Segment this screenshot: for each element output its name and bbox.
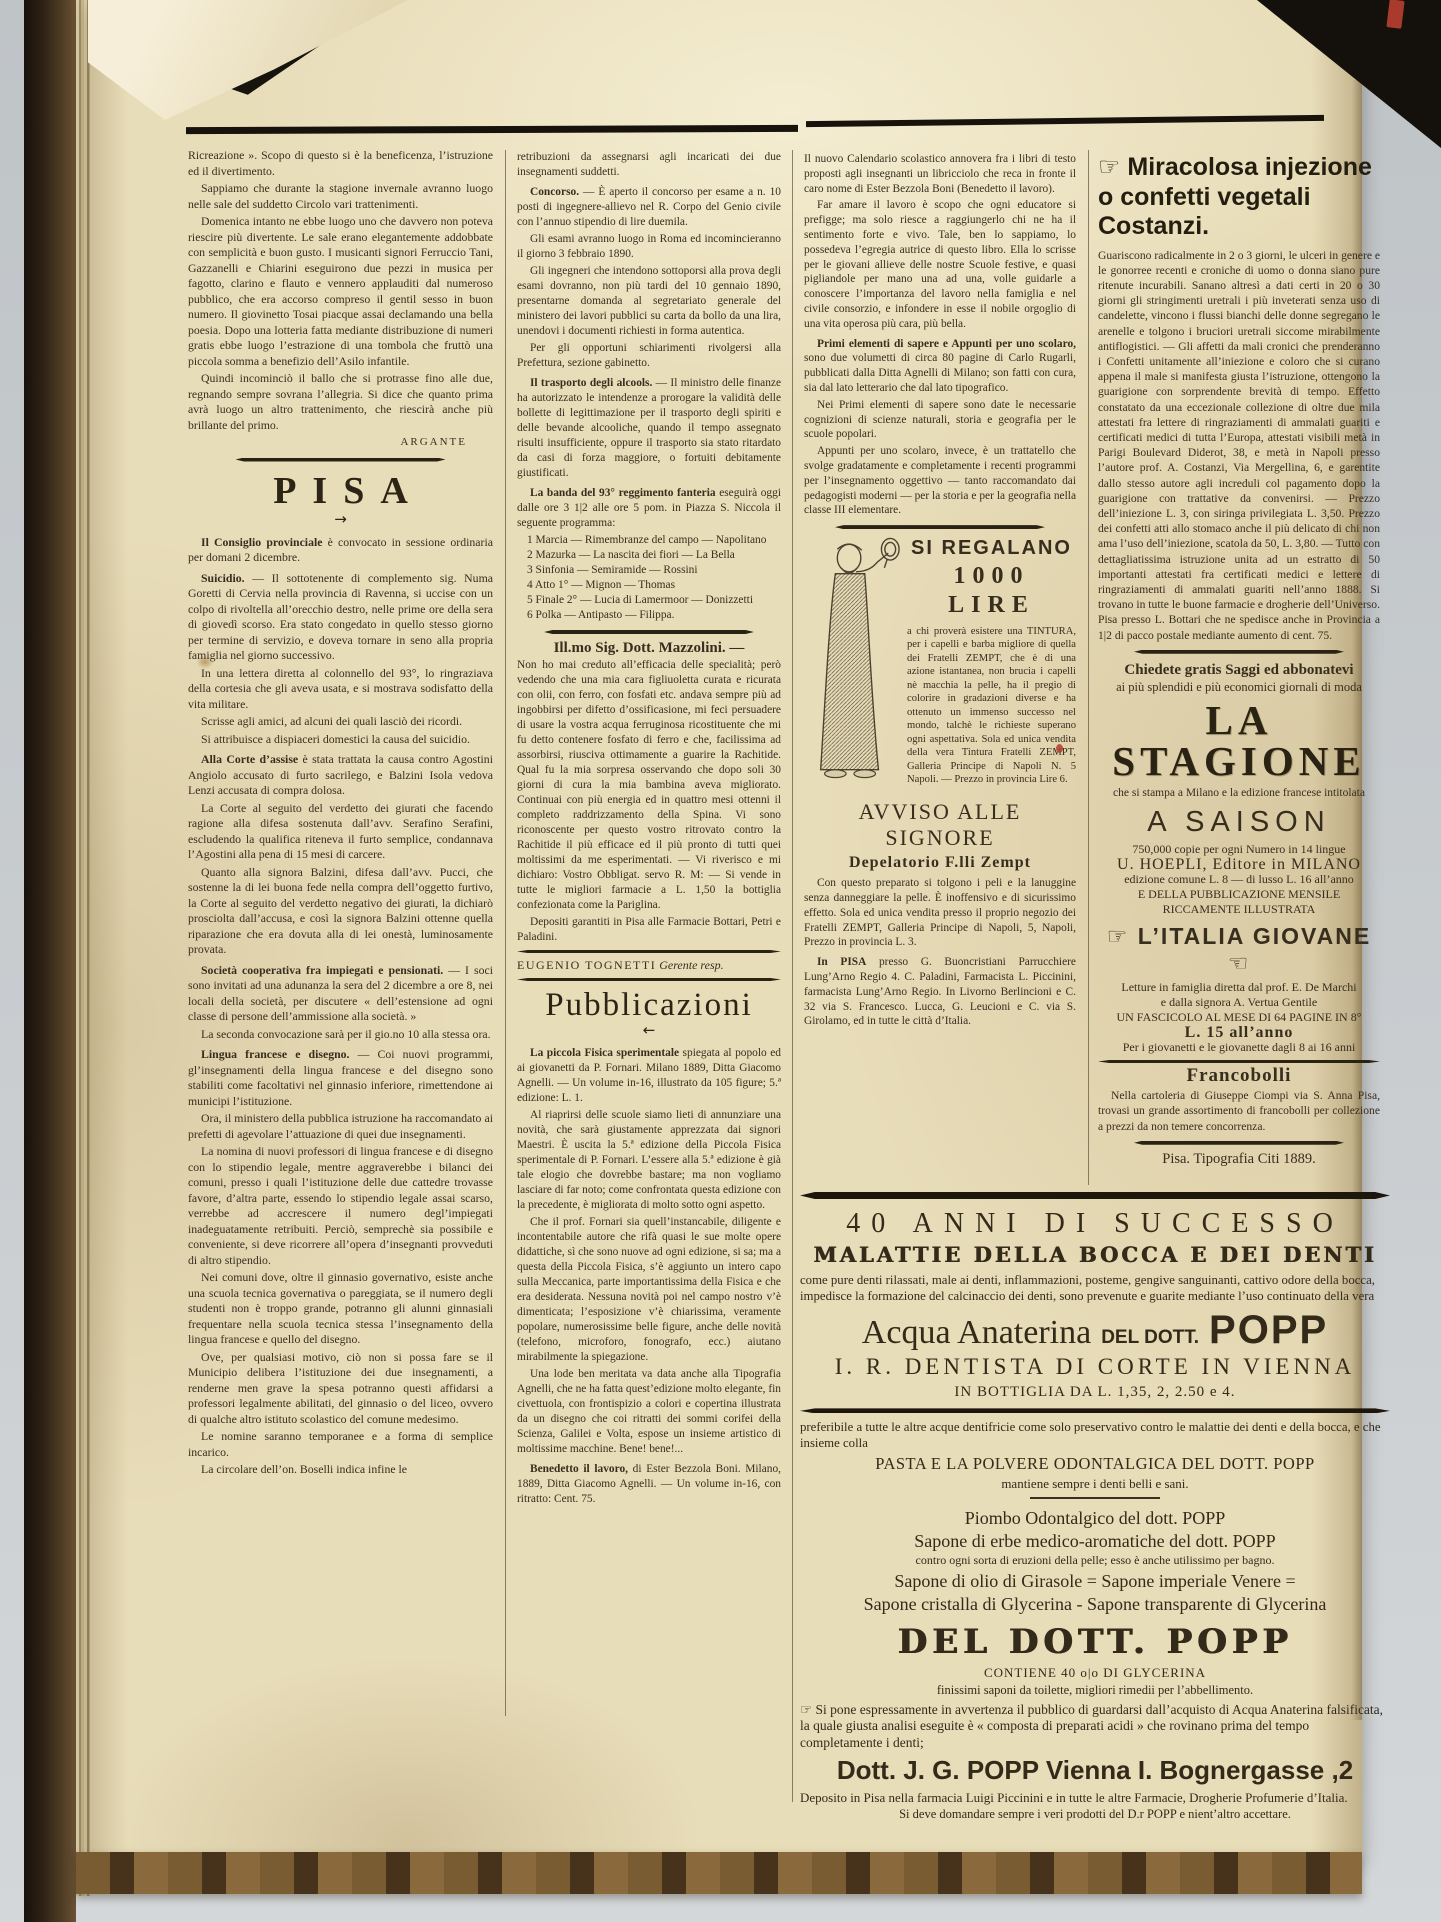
article-paragraph: Si attribuisce a dispiaceri domestici la… xyxy=(188,732,493,748)
article-paragraph: Depositi garantiti in Pisa alle Farmacie… xyxy=(517,915,781,945)
program-item: 6 Polka — Antipasto — Filippa. xyxy=(517,608,781,623)
gerente-line: EUGENIO TOGNETTI Gerente resp. xyxy=(517,958,781,973)
section-title-pisa: PISA xyxy=(188,472,493,510)
paragraph-lead: Suicidio. xyxy=(201,571,245,585)
paragraph-lead: Società cooperativa fra impiegati e pens… xyxy=(201,963,443,977)
article-paragraph: retribuzioni da assegnarsi agli incarica… xyxy=(517,150,781,180)
costanzi-ad-headline: ☞ Miracolosa injezione o confetti vegeta… xyxy=(1098,152,1380,242)
article-paragraph: Benedetto il lavoro, di Ester Bezzola Bo… xyxy=(517,1462,781,1507)
rule xyxy=(517,950,781,953)
finissimi-line: finissimi saponi da toilette, migliori r… xyxy=(800,1683,1390,1698)
tapered-rule xyxy=(835,525,1045,529)
article-paragraph: Gli ingegneri che intendono sottoporsi a… xyxy=(517,264,781,339)
contiene-line: CONTIENE 40 o|o DI GLYCERINA xyxy=(800,1665,1390,1681)
article-paragraph: Suicidio. — Il sottotenente di complemen… xyxy=(188,571,493,664)
piombo-line: Piombo Odontalgico del dott. POPP xyxy=(800,1508,1390,1529)
imprint-line: Pisa. Tipografia Citi 1889. xyxy=(1098,1152,1380,1167)
italia-line: UN FASCICOLO AL MESE DI 64 PAGINE IN 8° xyxy=(1098,1010,1380,1025)
column-3: Il nuovo Calendario scolastico annovera … xyxy=(804,152,1076,1031)
article-paragraph: La seconda convocazione sarà per il gio.… xyxy=(188,1027,493,1043)
ad-body: come pure denti rilassati, male ai denti… xyxy=(800,1272,1390,1304)
article-paragraph: Primi elementi di sapere e Appunti per u… xyxy=(804,337,1076,396)
sapone-line: Sapone di erbe medico-aromatiche del dot… xyxy=(800,1531,1390,1552)
article-paragraph: Per gli opportuni schiarimenti rivolgers… xyxy=(517,341,781,371)
paragraph-text: — Il ministro delle finanze ha autorizza… xyxy=(517,377,781,479)
article-paragraph: Concorso. — È aperto il concorso per esa… xyxy=(517,185,781,230)
article-paragraph: Quindi incominciò il ballo che si protra… xyxy=(188,371,493,433)
program-item: 5 Finale 2° — Lucia di Lamermoor — Doniz… xyxy=(517,593,781,608)
article-paragraph: La nomina di nuovi professori di lingua … xyxy=(188,1144,493,1268)
article-paragraph: Quanto alla signora Balzini, difesa dall… xyxy=(188,865,493,958)
tapered-rule xyxy=(544,630,754,634)
italia-line: L. 15 all’anno xyxy=(1098,1025,1380,1040)
article-paragraph: Ora, il ministero della pubblica istruzi… xyxy=(188,1111,493,1142)
article-paragraph: Una lode ben meritata va data anche alla… xyxy=(517,1367,781,1457)
book-spine xyxy=(24,0,76,1922)
depelatorio-title: Depelatorio F.lli Zempt xyxy=(804,856,1076,871)
page-stack-left-edge xyxy=(76,0,90,1896)
popp-address-line: Dott. J. G. POPP Vienna I. Bognergasse ,… xyxy=(800,1755,1390,1786)
heavy-rule xyxy=(800,1192,1390,1199)
avviso-title: AVVISO ALLE SIGNORE xyxy=(804,799,1076,852)
paragraph-text: sono due volumetti di circa 80 pagine di… xyxy=(804,352,1076,394)
paragraph-text: Si pone espressamente in avvertenza il p… xyxy=(800,1702,1383,1750)
deposito-paragraph: Deposito in Pisa nella farmacia Luigi Pi… xyxy=(800,1790,1390,1806)
article-paragraph: Appunti per uno scolaro, invece, è un tr… xyxy=(804,444,1076,518)
rule xyxy=(517,978,781,981)
tapered-rule xyxy=(236,458,446,462)
paragraph-lead: Il Consiglio provinciale xyxy=(201,535,323,549)
article-paragraph: Il Consiglio provinciale è convocato in … xyxy=(188,535,493,566)
article-paragraph: Ove, per qualsiasi motivo, ciò non si po… xyxy=(188,1350,493,1428)
mantiene-line: mantiene sempre i denti belli e sani. xyxy=(800,1476,1390,1492)
column-4: ☞ Miracolosa injezione o confetti vegeta… xyxy=(1098,152,1380,1167)
headline-text: Miracolosa injezione xyxy=(1127,153,1372,181)
program-item: 3 Sinfonia — Semiramide — Rossini xyxy=(517,563,781,578)
article-paragraph: Al riaprirsi delle scuole siamo lieti di… xyxy=(517,1108,781,1213)
article-paragraph: Domenica intanto ne ebbe luogo uno che d… xyxy=(188,214,493,369)
saison-line: E DELLA PUBBLICAZIONE MENSILE xyxy=(1098,887,1380,902)
column-divider-1 xyxy=(505,150,506,1716)
ad-headline: SI REGALANO xyxy=(907,536,1076,560)
article-paragraph: Il trasporto degli alcools. — Il ministr… xyxy=(517,376,781,481)
avvertenza-paragraph: ☞ Si pone espressamente in avvertenza il… xyxy=(800,1702,1390,1752)
sapone-line: Sapone di olio di Girasole = Sapone impe… xyxy=(800,1571,1390,1592)
article-paragraph: La banda del 93° reggimento fanteria ese… xyxy=(517,486,781,531)
article-paragraph: La circolare dell’on. Boselli indica inf… xyxy=(188,1462,493,1478)
sapone-subline: contro ogni sorta di eruzioni della pell… xyxy=(800,1553,1390,1568)
paragraph-lead: Alla Corte d’assise xyxy=(201,752,298,766)
article-paragraph: La Corte al seguito del verdetto dei giu… xyxy=(188,801,493,863)
column-1: Ricreazione ». Scopo di questo si è la b… xyxy=(188,148,493,1480)
tapered-rule xyxy=(1134,650,1344,654)
italia-line: e dalla signora A. Vertua Gentile xyxy=(1098,995,1380,1010)
headline-line-1: ☞ Miracolosa injezione xyxy=(1098,152,1380,183)
article-paragraph: Far amare il lavoro è scopo che ogni edu… xyxy=(804,198,1076,331)
a-saison-title: A SAISON xyxy=(1098,807,1380,839)
ad-body: a chi proverà esistere una TINTURA, per … xyxy=(907,625,1076,787)
saison-line: RICCAMENTE ILLUSTRATA xyxy=(1098,902,1380,917)
article-paragraph: Nei comuni dove, oltre il ginnasio gover… xyxy=(188,1270,493,1348)
manicule-icon: ☞ xyxy=(1107,924,1130,950)
saison-line: 750,000 copie per ogni Numero in 14 ling… xyxy=(1098,842,1380,857)
ad-body: Nella cartoleria di Giuseppe Ciompi via … xyxy=(1098,1088,1380,1134)
stagione-intro-2: ai più splendidi e più economici giornal… xyxy=(1098,680,1380,695)
manicule-icon: ☜ xyxy=(1228,951,1251,977)
byline-argante: Argante xyxy=(188,435,493,451)
ad-body: In PISA presso G. Buoncristiani Parrucch… xyxy=(804,955,1076,1029)
del-dott-popp-title: DEL DOTT. POPP xyxy=(800,1624,1390,1661)
italia-line: Letture in famiglia diretta dal prof. E.… xyxy=(1098,980,1380,995)
paragraph-lead: Concorso. xyxy=(530,186,579,198)
acqua-anaterina-line: Acqua Anaterina DEL DOTT. POPP xyxy=(800,1310,1390,1350)
stagione-intro: Chiedete gratis Saggi ed abbonatevi xyxy=(1098,661,1380,681)
paragraph-lead: Il trasporto degli alcools. xyxy=(530,377,652,389)
ad-body: Guariscono radicalmente in 2 o 3 giorni,… xyxy=(1098,248,1380,643)
article-paragraph: In una lettera diretta al colonnello del… xyxy=(188,666,493,713)
manicule-icon: ☞ xyxy=(800,1702,812,1718)
article-paragraph: Ricreazione ». Scopo di questo si è la b… xyxy=(188,148,493,179)
la-stagione-title: LA STAGIONE xyxy=(1098,700,1380,782)
photographed-newspaper-page: { "colors": { "paper": "#e8ddb9", "ink":… xyxy=(0,0,1441,1922)
paragraph-lead: Lingua francese e disegno. xyxy=(201,1047,350,1061)
paragraph-lead: Primi elementi di sapere e Appunti per u… xyxy=(817,338,1076,350)
ad-body: preferibile a tutte le altre acque denti… xyxy=(800,1419,1390,1451)
dentista-line: I. R. DENTISTA DI CORTE IN VIENNA xyxy=(800,1350,1390,1385)
stagione-subtitle: che si stampa a Milano e la edizione fra… xyxy=(1098,786,1380,800)
italia-giovane-title: ☞ L’ITALIA GIOVANE ☜ xyxy=(1098,924,1380,977)
article-paragraph: Le nomine saranno temporanee e a forma d… xyxy=(188,1429,493,1460)
section-title-pubblicazioni: Pubblicazioni xyxy=(517,987,781,1023)
gerente-title: Gerente resp. xyxy=(659,958,723,972)
program-item: 1 Marcia — Rimembranze del campo — Napol… xyxy=(517,533,781,548)
si-deve-line: Si deve domandare sempre i veri prodotti… xyxy=(800,1807,1390,1822)
saison-line: U. HOEPLI, Editore in MILANO xyxy=(1098,857,1380,872)
saison-line: edizione comune L. 8 — di lusso L. 16 al… xyxy=(1098,872,1380,887)
ad-body: Con questo preparato si tolgono i peli e… xyxy=(804,876,1076,950)
italia-line: Per i giovanetti e le giovanette dagli 8… xyxy=(1098,1040,1380,1055)
pasta-line: PASTA E LA POLVERE ODONTALGICA DEL DOTT.… xyxy=(800,1454,1390,1474)
arrow-ornament-icon: → xyxy=(188,512,493,527)
program-item: 4 Atto 1° — Mignon — Thomas xyxy=(517,578,781,593)
article-paragraph: Sappiamo che durante la stagione inverna… xyxy=(188,181,493,212)
popp-headline-malattie: MALATTIE DELLA BOCCA E DEI DENTI xyxy=(800,1241,1390,1268)
program-item: 2 Mazurka — La nascita dei fiori — La Be… xyxy=(517,548,781,563)
ad-headline-amount: 1000 LIRE xyxy=(907,562,1076,620)
heavy-rule xyxy=(800,1408,1390,1413)
del-dott-label: DEL DOTT. xyxy=(1101,1327,1199,1349)
article-paragraph: Gli esami avranno luogo in Roma ed incom… xyxy=(517,232,781,262)
column-divider-3 xyxy=(1088,150,1089,1185)
arrow-ornament-icon: ← xyxy=(517,1023,781,1038)
popp-headline-anni: 40 ANNI DI SUCCESSO xyxy=(800,1207,1390,1241)
popp-advertisement: 40 ANNI DI SUCCESSO MALATTIE DELLA BOCCA… xyxy=(800,1192,1390,1822)
article-paragraph: Il nuovo Calendario scolastico annovera … xyxy=(804,152,1076,196)
article-paragraph: Alla Corte d’assise è stata trattata la … xyxy=(188,752,493,799)
paragraph-lead: Benedetto il lavoro, xyxy=(530,1463,628,1475)
column-2: retribuzioni da assegnarsi agli incarica… xyxy=(517,150,781,1509)
article-paragraph: Società cooperativa fra impiegati e pens… xyxy=(188,963,493,1025)
rule xyxy=(1098,1060,1380,1063)
zempt-tintura-ad: SI REGALANO 1000 LIRE a chi proverà esis… xyxy=(804,536,1076,789)
zempt-ad-text: SI REGALANO 1000 LIRE a chi proverà esis… xyxy=(907,536,1076,789)
article-paragraph: Lingua francese e disegno. — Coi nuovi p… xyxy=(188,1047,493,1109)
francobolli-title: Francobolli xyxy=(1098,1068,1380,1083)
article-paragraph: Scrisse agli amici, ad alcuni dei quali … xyxy=(188,714,493,730)
page-stack-bottom-edge xyxy=(76,1852,1362,1894)
short-rule xyxy=(1030,1497,1160,1499)
paragraph-lead: La piccola Fisica sperimentale xyxy=(530,1047,679,1059)
article-paragraph: Che il prof. Fornari sia quell’instancab… xyxy=(517,1215,781,1365)
title-text: L’ITALIA GIOVANE xyxy=(1138,923,1371,949)
column-divider-2 xyxy=(792,150,793,1802)
gerente-name: EUGENIO TOGNETTI xyxy=(517,958,656,972)
tapered-rule xyxy=(1134,1141,1344,1145)
red-speck xyxy=(1056,744,1063,753)
headline-line-2: o confetti vegetali Costanzi. xyxy=(1098,183,1380,242)
article-paragraph: La piccola Fisica sperimentale spiegata … xyxy=(517,1046,781,1106)
manicule-icon: ☞ xyxy=(1098,152,1120,181)
sapone-line: Sapone cristalla di Glycerina - Sapone t… xyxy=(800,1594,1390,1615)
man-with-mirror-engraving xyxy=(804,536,902,782)
bottiglia-line: IN BOTTIGLIA DA L. 1,35, 2, 2.50 e 4. xyxy=(800,1384,1390,1401)
paragraph-lead: La banda del 93° reggimento fanteria xyxy=(530,487,716,499)
paragraph-lead: In PISA xyxy=(817,956,866,968)
letter-heading-mazzolini: Ill.mo Sig. Dott. Mazzolini. — xyxy=(517,641,781,656)
article-paragraph: Non ho mai creduto all’efficacia delle s… xyxy=(517,658,781,913)
article-paragraph: Nei Primi elementi di sapere sono date l… xyxy=(804,398,1076,442)
product-name: Acqua Anaterina xyxy=(862,1316,1091,1350)
popp-name: POPP xyxy=(1209,1310,1328,1350)
